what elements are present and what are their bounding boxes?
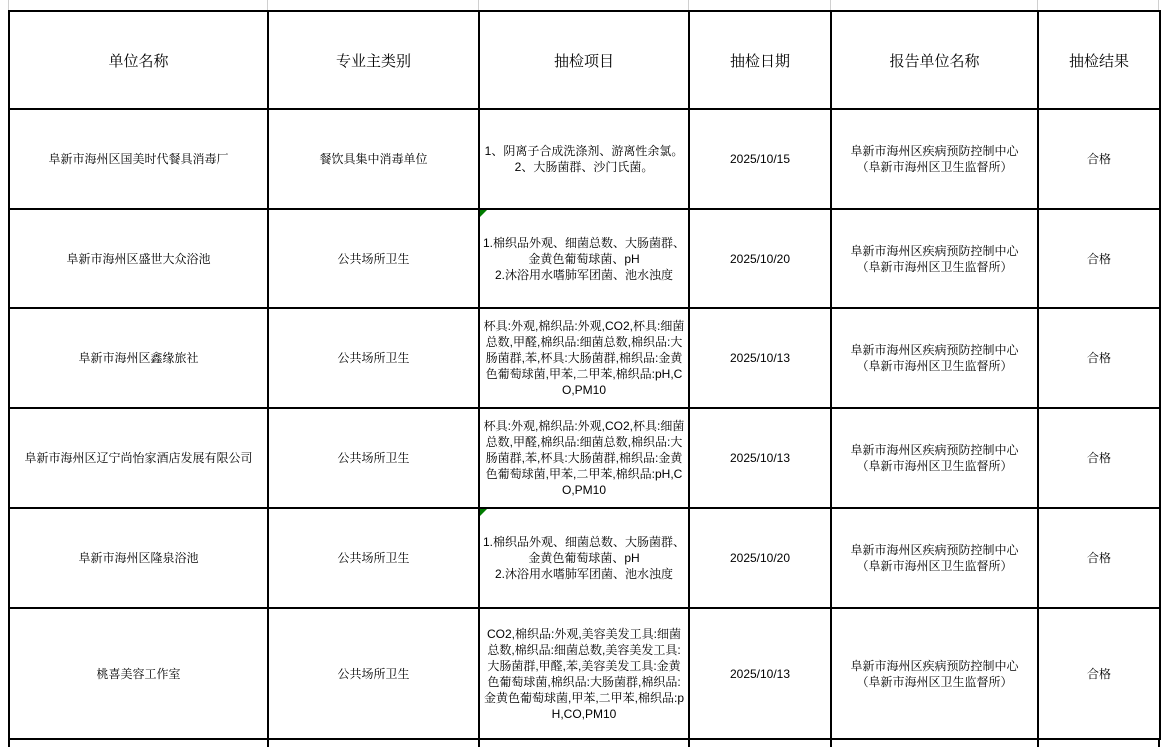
cell-category[interactable]: 餐饮具集中消毒单位: [268, 109, 479, 209]
cell-category[interactable]: 公共场所卫生: [268, 408, 479, 508]
cell-result[interactable]: 合格: [1038, 109, 1160, 209]
gridline: [478, 740, 480, 747]
cell-date[interactable]: 2025/10/20: [689, 508, 831, 608]
cell-report-unit[interactable]: 阜新市海州区疾病预防控制中心 （阜新市海州区卫生监督所）: [831, 308, 1038, 408]
cell-result[interactable]: 合格: [1038, 508, 1160, 608]
cell-result[interactable]: 合格: [1038, 608, 1160, 739]
table-row: 阜新市海州区鑫缘旅社公共场所卫生杯具:外观,棉织品:外观,CO2,杯具:细菌总数…: [9, 308, 1160, 408]
gridline: [267, 740, 269, 747]
table-row: 阜新市海州区盛世大众浴池公共场所卫生1.棉织品外观、细菌总数、大肠菌群、金黄色葡…: [9, 209, 1160, 308]
cell-items[interactable]: 1.棉织品外观、细菌总数、大肠菌群、金黄色葡萄球菌、pH 2.沐浴用水嗜肺军团菌…: [479, 209, 689, 308]
cell-report-unit[interactable]: 阜新市海州区疾病预防控制中心 （阜新市海州区卫生监督所）: [831, 209, 1038, 308]
header-row: 单位名称专业主类别抽检项目抽检日期报告单位名称抽检结果: [9, 11, 1160, 109]
column-header-category[interactable]: 专业主类别: [268, 11, 479, 109]
cell-items[interactable]: 1.棉织品外观、细菌总数、大肠菌群、金黄色葡萄球菌、pH 2.沐浴用水嗜肺军团菌…: [479, 508, 689, 608]
cell-result[interactable]: 合格: [1038, 308, 1160, 408]
gridline: [688, 740, 690, 747]
column-header-report-unit[interactable]: 报告单位名称: [831, 11, 1038, 109]
table-row: 阜新市海州区国美时代餐具消毒厂餐饮具集中消毒单位1、阴离子合成洗涤剂、游离性余氯…: [9, 109, 1160, 209]
cell-error-flag-icon: [480, 509, 487, 516]
column-header-result[interactable]: 抽检结果: [1038, 11, 1160, 109]
gridline: [830, 740, 832, 747]
cell-date[interactable]: 2025/10/13: [689, 608, 831, 739]
cell-unit-name[interactable]: 阜新市海州区鑫缘旅社: [9, 308, 268, 408]
cell-category[interactable]: 公共场所卫生: [268, 308, 479, 408]
cell-result[interactable]: 合格: [1038, 408, 1160, 508]
cell-items[interactable]: 1、阴离子合成洗涤剂、游离性余氯。 2、大肠菌群、沙门氏菌。: [479, 109, 689, 209]
inspection-table: 单位名称专业主类别抽检项目抽检日期报告单位名称抽检结果 阜新市海州区国美时代餐具…: [8, 10, 1161, 740]
cell-report-unit[interactable]: 阜新市海州区疾病预防控制中心 （阜新市海州区卫生监督所）: [831, 508, 1038, 608]
cell-unit-name[interactable]: 阜新市海州区国美时代餐具消毒厂: [9, 109, 268, 209]
gridline: [1158, 740, 1160, 747]
cell-error-flag-icon: [480, 210, 487, 217]
cell-result[interactable]: 合格: [1038, 209, 1160, 308]
gridline: [1037, 740, 1039, 747]
cell-items[interactable]: 杯具:外观,棉织品:外观,CO2,杯具:细菌总数,甲醛,棉织品:细菌总数,棉织品…: [479, 408, 689, 508]
cell-report-unit[interactable]: 阜新市海州区疾病预防控制中心 （阜新市海州区卫生监督所）: [831, 109, 1038, 209]
cell-report-unit[interactable]: 阜新市海州区疾病预防控制中心 （阜新市海州区卫生监督所）: [831, 608, 1038, 739]
cell-date[interactable]: 2025/10/20: [689, 209, 831, 308]
cell-report-unit[interactable]: 阜新市海州区疾病预防控制中心 （阜新市海州区卫生监督所）: [831, 408, 1038, 508]
column-header-date[interactable]: 抽检日期: [689, 11, 831, 109]
table-row: 阜新市海州区隆泉浴池公共场所卫生1.棉织品外观、细菌总数、大肠菌群、金黄色葡萄球…: [9, 508, 1160, 608]
cell-date[interactable]: 2025/10/13: [689, 408, 831, 508]
cell-category[interactable]: 公共场所卫生: [268, 209, 479, 308]
cell-unit-name[interactable]: 桃喜美容工作室: [9, 608, 268, 739]
cell-items[interactable]: 杯具:外观,棉织品:外观,CO2,杯具:细菌总数,甲醛,棉织品:细菌总数,棉织品…: [479, 308, 689, 408]
cell-category[interactable]: 公共场所卫生: [268, 608, 479, 739]
cell-unit-name[interactable]: 阜新市海州区盛世大众浴池: [9, 209, 268, 308]
column-header-unit-name[interactable]: 单位名称: [9, 11, 268, 109]
column-header-items[interactable]: 抽检项目: [479, 11, 689, 109]
gridline: [8, 740, 10, 747]
table-row: 阜新市海州区辽宁尚怡家酒店发展有限公司公共场所卫生杯具:外观,棉织品:外观,CO…: [9, 408, 1160, 508]
cell-category[interactable]: 公共场所卫生: [268, 508, 479, 608]
cell-unit-name[interactable]: 阜新市海州区隆泉浴池: [9, 508, 268, 608]
cell-items[interactable]: CO2,棉织品:外观,美容美发工具:细菌总数,棉织品:细菌总数,美容美发工具:大…: [479, 608, 689, 739]
cell-unit-name[interactable]: 阜新市海州区辽宁尚怡家酒店发展有限公司: [9, 408, 268, 508]
table-row: 桃喜美容工作室公共场所卫生CO2,棉织品:外观,美容美发工具:细菌总数,棉织品:…: [9, 608, 1160, 739]
cell-date[interactable]: 2025/10/15: [689, 109, 831, 209]
cell-date[interactable]: 2025/10/13: [689, 308, 831, 408]
